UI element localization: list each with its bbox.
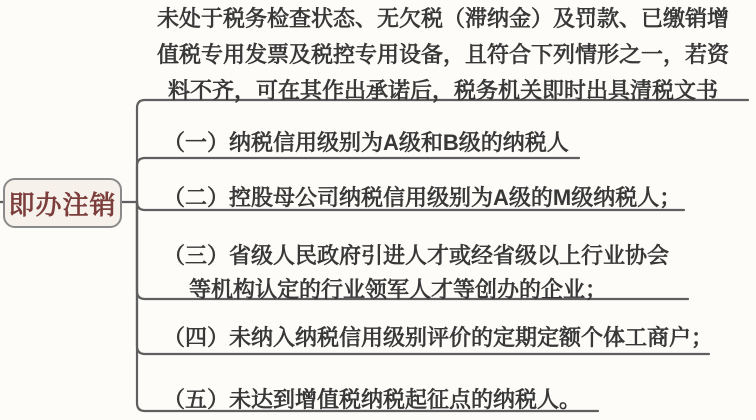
list-item-1: （一）纳税信用级别为A级和B级的纳税人: [163, 126, 569, 160]
mindmap-canvas: 即办注销 未处于税务检查状态、无欠税（滞纳金）及罚款、已缴销增 值税专用发票及税…: [0, 0, 756, 420]
root-node: 即办注销: [3, 178, 122, 228]
list-item-text: （五）未达到增值税纳税起征点的纳税人。: [163, 383, 581, 417]
note-line: 未处于税务检查状态、无欠税（滞纳金）及罚款、已缴销增: [137, 1, 749, 37]
list-item-text: （四）未纳入纳税信用级别评价的定期定额个体工商户；: [163, 321, 713, 355]
list-item-text: （二）控股母公司纳税信用级别为A级的M级纳税人；: [163, 181, 681, 215]
note-line: 料不齐，可在其作出承诺后，税务机关即时出具清税文书: [137, 73, 749, 109]
condition-note: 未处于税务检查状态、无欠税（滞纳金）及罚款、已缴销增 值税专用发票及税控专用设备…: [137, 1, 749, 109]
list-item-4: （四）未纳入纳税信用级别评价的定期定额个体工商户；: [163, 321, 713, 355]
list-item-5: （五）未达到增值税纳税起征点的纳税人。: [163, 383, 581, 417]
list-item-text: （一）纳税信用级别为A级和B级的纳税人: [163, 126, 569, 160]
list-item-text: （三）省级人民政府引进人才或经省级以上行业协会: [163, 239, 669, 273]
list-item-text: 等机构认定的行业领军人才等创办的企业；: [163, 273, 669, 307]
list-item-3: （三）省级人民政府引进人才或经省级以上行业协会 等机构认定的行业领军人才等创办的…: [163, 239, 669, 307]
root-node-label: 即办注销: [8, 185, 116, 222]
list-item-2: （二）控股母公司纳税信用级别为A级的M级纳税人；: [163, 181, 681, 215]
note-line: 值税专用发票及税控专用设备，且符合下列情形之一，若资: [137, 37, 749, 73]
